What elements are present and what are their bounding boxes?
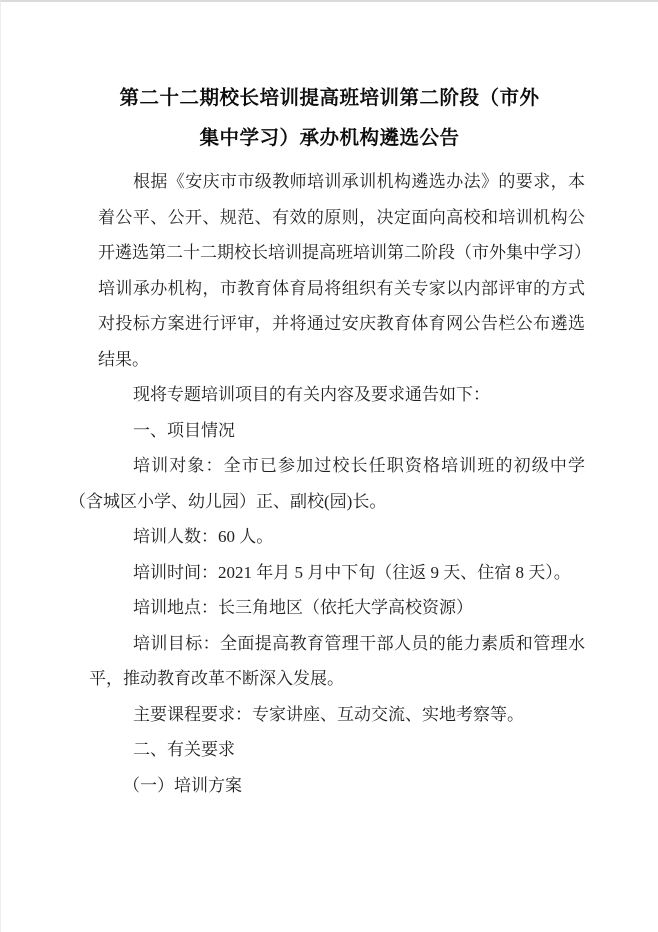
- paragraph-line: 开遴选第二十二期校长培训提高班培训第二阶段（市外集中学习）: [69, 235, 585, 271]
- paragraph-line: 培训人数：60 人。: [69, 519, 585, 555]
- paragraph-line: 培训目标：全面提高教育管理干部人员的能力素质和管理水: [69, 626, 585, 662]
- paragraph-line: 培训时间：2021 年月 5 月中下旬（往返 9 天、住宿 8 天）。: [69, 555, 585, 591]
- paragraph-line: 培训承办机构，市教育体育局将组织有关专家以内部评审的方式: [69, 271, 585, 307]
- document-page: 第二十二期校长培训提高班培训第二阶段（市外 集中学习）承办机构遴选公告 根据《安…: [0, 0, 658, 932]
- paragraph-line: 着公平、公开、规范、有效的原则，决定面向高校和培训机构公: [69, 200, 585, 236]
- paragraph-line: 培训对象：全市已参加过校长任职资格培训班的初级中学: [69, 448, 585, 484]
- document-title-line1: 第二十二期校长培训提高班培训第二阶段（市外: [1, 78, 658, 118]
- paragraph-line: 现将专题培训项目的有关内容及要求通告如下：: [69, 377, 585, 413]
- paragraph-line: 平，推动教育改革不断深入发展。: [69, 661, 585, 697]
- paragraph-line: 结果。: [69, 342, 585, 378]
- paragraph-line: 对投标方案进行评审，并将通过安庆教育体育网公告栏公布遴选: [69, 306, 585, 342]
- document-title: 第二十二期校长培训提高班培训第二阶段（市外 集中学习）承办机构遴选公告: [1, 78, 658, 158]
- paragraph-line: 根据《安庆市市级教师培训承训机构遴选办法》的要求，本: [69, 164, 585, 200]
- paragraph-line: 主要课程要求：专家讲座、互动交流、实地考察等。: [69, 697, 585, 733]
- section-heading: 二、有关要求: [69, 732, 585, 768]
- document-title-line2: 集中学习）承办机构遴选公告: [1, 118, 658, 158]
- paragraph-line: 培训地点：长三角地区（依托大学高校资源）: [69, 590, 585, 626]
- section-heading: 一、项目情况: [69, 413, 585, 449]
- paragraph-line: （含城区小学、幼儿园）正、副校(园)长。: [69, 484, 585, 520]
- document-body: 根据《安庆市市级教师培训承训机构遴选办法》的要求，本 着公平、公开、规范、有效的…: [1, 164, 658, 803]
- subsection-heading: （一）培训方案: [69, 768, 585, 804]
